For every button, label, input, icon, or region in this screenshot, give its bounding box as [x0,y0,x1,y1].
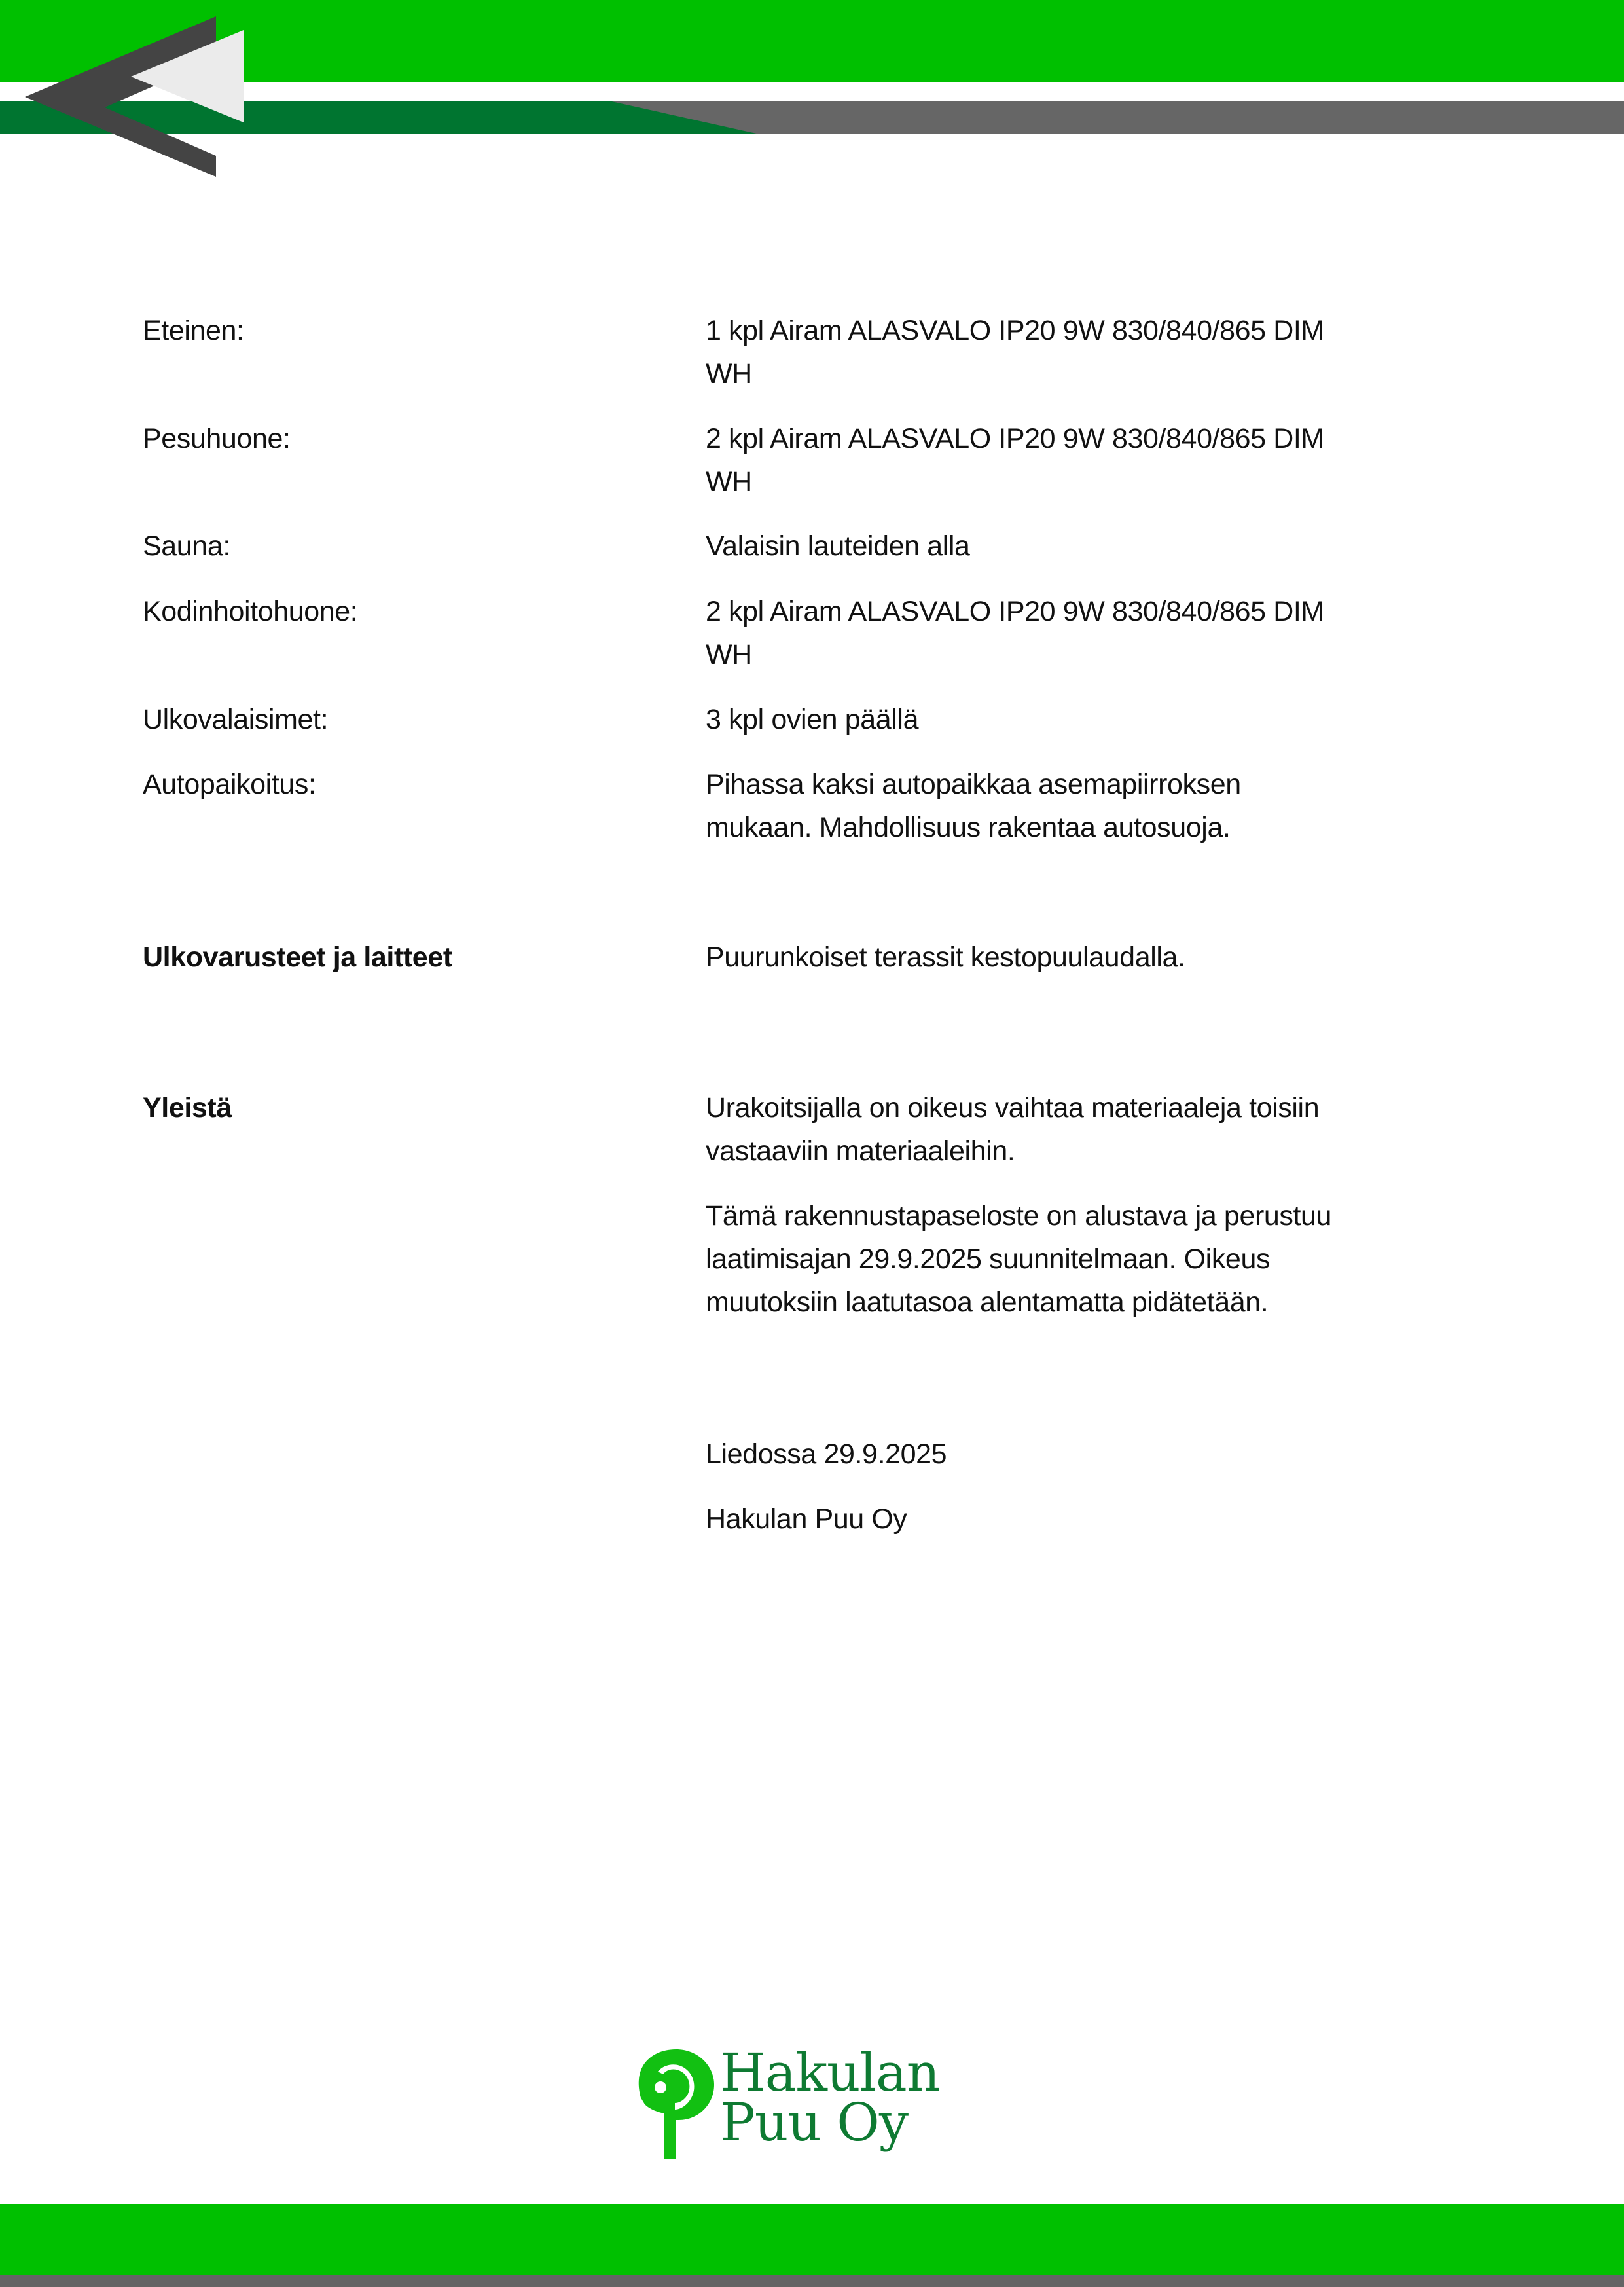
section-text-outdoor: Puurunkoiset terassit kestopuulaudalla. [706,936,1458,979]
header-green-band [0,0,1624,82]
section-heading-general: Yleistä [143,1086,679,1129]
spec-value-line: Valaisin lauteiden alla [706,524,1458,568]
spec-value-eteinen: 1 kpl Airam ALASVALO IP20 9W 830/840/865… [706,309,1458,395]
spec-value-line: Pihassa kaksi autopaikkaa asemapiirrokse… [706,763,1458,806]
spec-value-line: 2 kpl Airam ALASVALO IP20 9W 830/840/865… [706,590,1458,633]
spec-label-sauna: Sauna: [143,524,679,568]
spec-value-kodinhoitohuone: 2 kpl Airam ALASVALO IP20 9W 830/840/865… [706,590,1458,676]
spec-label-ulkovalaisimet: Ulkovalaisimet: [143,698,679,741]
spec-value-line: 3 kpl ovien päällä [706,698,1458,741]
spec-value-line: WH [706,633,1458,676]
spec-label-pesuhuone: Pesuhuone: [143,417,679,460]
section-heading-outdoor: Ulkovarusteet ja laitteet [143,936,679,979]
footer-grey-band [0,2275,1624,2287]
paragraph-line: vastaaviin materiaaleihin. [706,1129,1458,1173]
logo-wordmark: Hakulan Puu Oy [720,2048,939,2148]
spec-value-ulkovalaisimet: 3 kpl ovien päällä [706,698,1458,741]
general-paragraph-2: Tämä rakennustapaseloste on alustava ja … [706,1194,1458,1324]
spec-label-kodinhoitohuone: Kodinhoitohuone: [143,590,679,633]
paragraph-line: Urakoitsijalla on oikeus vaihtaa materia… [706,1086,1458,1129]
spec-value-line: mukaan. Mahdollisuus rakentaa autosuoja. [706,806,1458,849]
company-logo: Hakulan Puu Oy [638,2048,939,2172]
spec-value-autopaikoitus: Pihassa kaksi autopaikkaa asemapiirrokse… [706,763,1458,849]
paragraph-line: muutoksiin laatutasoa alentamatta pidäte… [706,1281,1458,1324]
spec-label-eteinen: Eteinen: [143,309,679,352]
general-paragraph-1: Urakoitsijalla on oikeus vaihtaa materia… [706,1086,1458,1173]
logo-line-2: Puu Oy [720,2098,939,2148]
paragraph-line: Tämä rakennustapaseloste on alustava ja … [706,1194,1458,1237]
spec-value-sauna: Valaisin lauteiden alla [706,524,1458,568]
spec-value-line: 1 kpl Airam ALASVALO IP20 9W 830/840/865… [706,309,1458,352]
header-banner [0,0,1624,183]
logo-line-1: Hakulan [720,2048,939,2098]
spec-label-autopaikoitus: Autopaikoitus: [143,763,679,806]
signature-place-date: Liedossa 29.9.2025 [706,1433,1458,1476]
spec-value-line: WH [706,352,1458,395]
signature-company: Hakulan Puu Oy [706,1497,1458,1541]
footer-green-band [0,2204,1624,2275]
spec-value-line: 2 kpl Airam ALASVALO IP20 9W 830/840/865… [706,417,1458,460]
spec-value-pesuhuone: 2 kpl Airam ALASVALO IP20 9W 830/840/865… [706,417,1458,503]
spec-value-line: WH [706,460,1458,503]
paragraph-line: laatimisajan 29.9.2025 suunnitelmaan. Oi… [706,1237,1458,1281]
hakulan-tree-logo-icon [638,2049,717,2161]
